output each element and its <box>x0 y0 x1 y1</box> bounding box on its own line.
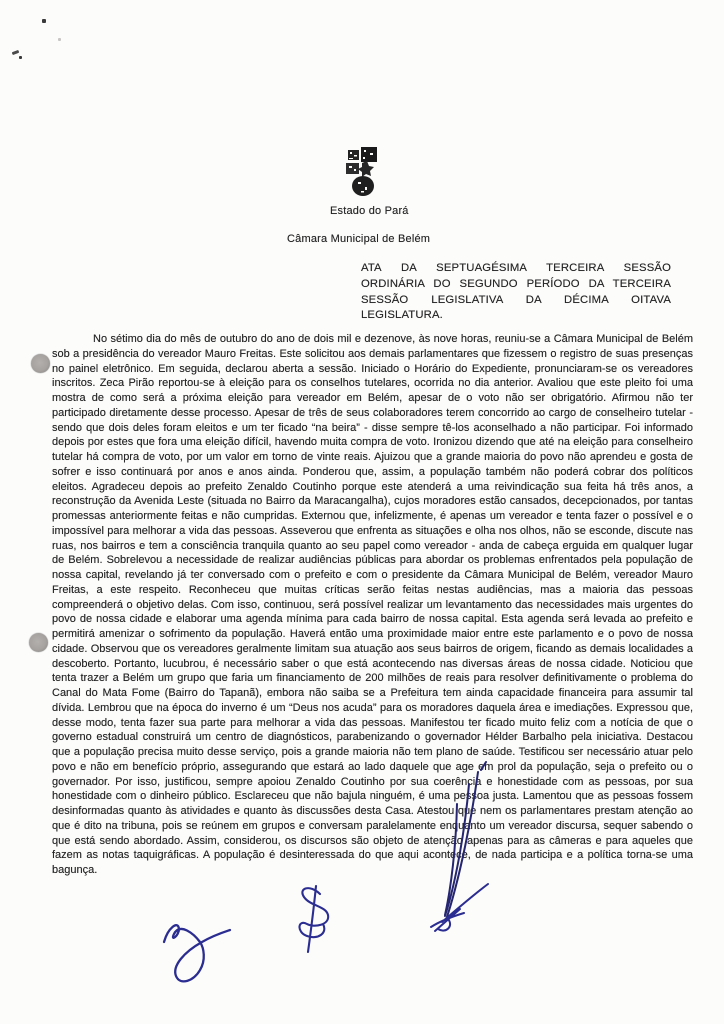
signature-ink-2 <box>276 880 348 958</box>
state-label: Estado do Pará <box>330 205 409 217</box>
hole-punch-mark <box>31 354 50 373</box>
para-coat-of-arms-icon <box>346 147 382 197</box>
signature-ink-1 <box>150 902 245 997</box>
minutes-body-paragraph: No sétimo dia do mês de outubro do ano d… <box>52 332 693 878</box>
signature-stroke <box>164 925 230 981</box>
scanned-document-page: Estado do Pará Câmara Municipal de Belém… <box>0 0 724 1024</box>
hole-punch-mark <box>29 633 48 652</box>
ink-speck <box>58 38 61 41</box>
ink-speck <box>42 19 46 23</box>
signature-ink-3 <box>418 758 510 940</box>
ink-speck <box>12 50 20 55</box>
signature-stroke <box>431 884 488 931</box>
session-title: ATA DA SEPTUAGÉSIMA TERCEIRA SESSÃO ORDI… <box>361 261 671 324</box>
ink-speck <box>19 56 22 59</box>
signature-stroke <box>299 886 328 952</box>
institution-label: Câmara Municipal de Belém <box>287 233 430 245</box>
signature-stroke <box>445 762 486 920</box>
